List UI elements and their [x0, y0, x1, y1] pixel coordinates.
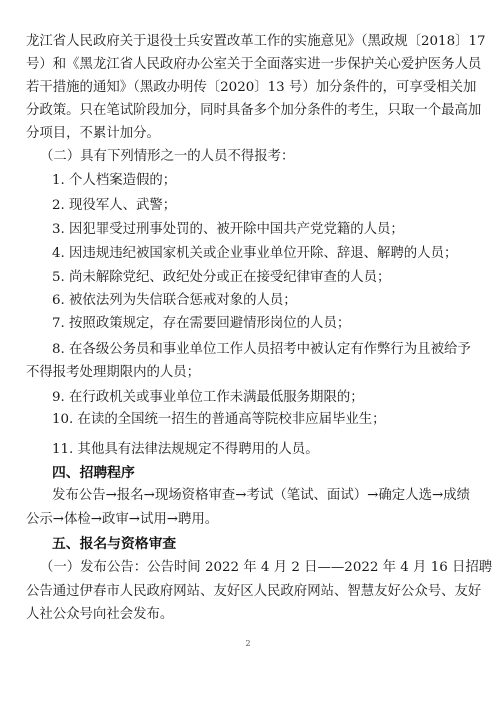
registration-line-2: 公告通过伊春市人民政府网站、友好区人民政府网站、智慧友好公众号、友好	[26, 582, 470, 602]
page-number: 2	[243, 639, 253, 648]
registration-line-1: （一）发布公告：公告时间 2022 年 4 月 2 日——2022 年 4 月 …	[40, 558, 470, 578]
ineligible-item-7: 7. 按照政策规定，存在需要回避情形岗位的人员；	[52, 314, 350, 334]
ineligible-item-3: 3. 因犯罪受过刑事处罚的、被开除中国共产党党籍的人员；	[52, 220, 404, 240]
bonus-policy-line-1: 龙江省人民政府关于退役士兵安置改革工作的实施意见》（黑政规〔2018〕17	[26, 32, 470, 52]
ineligible-item-10: 10. 在读的全国统一招生的普通高等院校非应届毕业生；	[52, 410, 386, 430]
ineligible-item-11: 11. 其他具有法律法规规定不得聘用的人员。	[52, 440, 319, 460]
ineligible-item-4: 4. 因违规违纪被国家机关或企业事业单位开除、辞退、解聘的人员；	[52, 244, 457, 264]
ineligible-item-1: 1. 个人档案造假的；	[52, 171, 176, 191]
ineligible-item-9: 9. 在行政机关或事业单位工作未满最低服务期限的；	[52, 388, 364, 408]
bonus-policy-line-3: 若干措施的通知》（黑政办明传〔2020〕13 号）加分条件的，可享受相关加	[26, 78, 470, 98]
bonus-policy-line-5: 分项目，不累计加分。	[26, 124, 470, 144]
bonus-policy-line-4: 分政策。只在笔试阶段加分，同时具备多个加分条件的考生，只取一个最高加	[26, 101, 470, 121]
bonus-policy-line-2: 号）和《黑龙江省人民政府办公室关于全面落实进一步保护关心爱护医务人员	[26, 55, 470, 75]
ineligible-item-8: 8. 在各级公务员和事业单位工作人员招考中被认定有作弊行为且被给予	[52, 340, 470, 360]
procedure-line-2: 公示→体检→政审→试用→聘用。	[26, 510, 470, 530]
ineligible-item-6: 6. 被依法列为失信联合惩戒对象的人员；	[52, 291, 297, 311]
ineligible-heading: （二）具有下列情形之一的人员不得报考：	[40, 147, 294, 167]
ineligible-item-5: 5. 尚未解除党纪、政纪处分或正在接受纪律审查的人员；	[52, 268, 390, 288]
registration-heading: 五、报名与资格审查	[52, 534, 176, 554]
ineligible-item-2: 2. 现役军人、武警；	[52, 196, 176, 216]
ineligible-item-8-continued: 不得报考处理期限内的人员；	[26, 363, 470, 383]
procedure-heading: 四、招聘程序	[52, 463, 135, 483]
document-page: 龙江省人民政府关于退役士兵安置改革工作的实施意见》（黑政规〔2018〕17 号）…	[0, 0, 496, 702]
registration-line-3: 人社公众号向社会发布。	[26, 605, 470, 625]
procedure-line-1: 发布公告→报名→现场资格审查→考试（笔试、面试）→确定人选→成绩	[52, 486, 470, 506]
